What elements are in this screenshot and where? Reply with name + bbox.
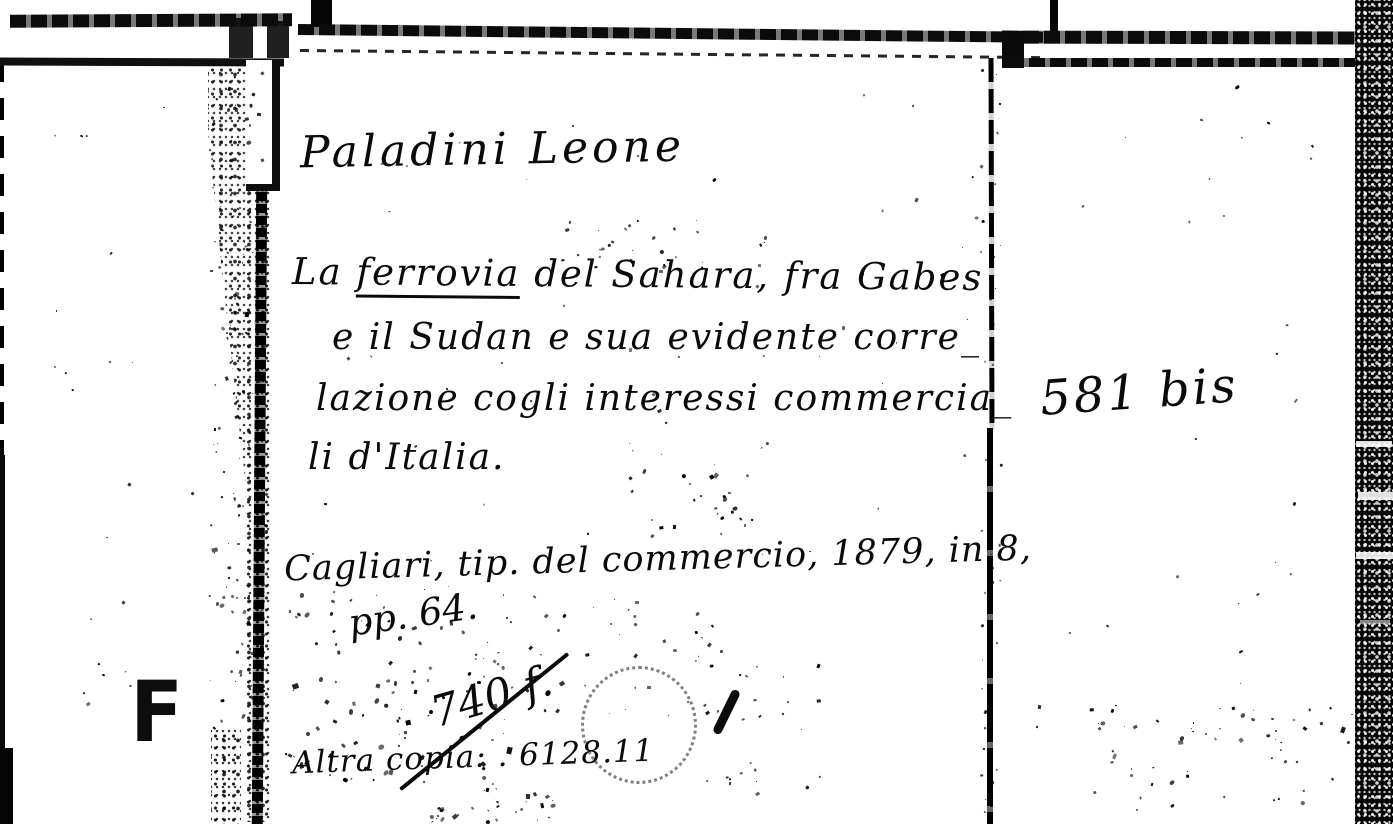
left-page-edge-lower bbox=[0, 455, 5, 755]
title-line1-post: del Sahara, fra Gabes bbox=[520, 252, 983, 299]
scanner-border-streak-4 bbox=[1360, 620, 1390, 624]
shelfmark-struck: 740 f. bbox=[426, 660, 557, 735]
scanner-border-right bbox=[1355, 0, 1393, 824]
scanner-border-streak-3 bbox=[1356, 552, 1393, 559]
imprint-line-1: Cagliari, tip. del commercio, 1879, in 8… bbox=[284, 532, 1033, 588]
title-word-underlined: ferrovia bbox=[356, 251, 520, 299]
left-page-edge-upper bbox=[0, 60, 4, 460]
top-left-corner-blob-a bbox=[229, 18, 253, 58]
scanned-catalog-card-page: Paladini Leone La ferrovia del Sahara, f… bbox=[0, 0, 1393, 824]
top-left-corner-blob-b bbox=[267, 21, 289, 58]
title-line-2: e il Sudan e sua evidente corre_ bbox=[332, 320, 981, 356]
title-line-4: li d'Italia. bbox=[308, 440, 506, 476]
imprint-line-2: pp. 64. bbox=[346, 587, 480, 642]
author-heading: Paladini Leone bbox=[300, 125, 686, 176]
left-page-edge-bottom-block bbox=[0, 748, 13, 824]
author-heading-text: Paladini Leone bbox=[300, 121, 686, 179]
scanner-border-streak-2 bbox=[1358, 492, 1393, 500]
title-line1-pre: La bbox=[292, 250, 357, 294]
card-top-edge-dotted-line bbox=[300, 49, 1042, 59]
gutter-bottom-band bbox=[211, 730, 241, 824]
stamp-circle bbox=[581, 666, 697, 784]
title-line-3: lazione cogli interessi commercia_ bbox=[316, 381, 1013, 417]
title-line-1: La ferrovia del Sahara, fra Gabes bbox=[292, 253, 984, 296]
card-right-edge-lower bbox=[987, 428, 993, 824]
sort-letter-f: F bbox=[130, 670, 183, 754]
top-black-tab bbox=[311, 0, 332, 27]
card-right-edge-upper bbox=[989, 58, 995, 430]
side-shelf-number: 581 bis bbox=[1039, 361, 1240, 423]
ink-comma-mark bbox=[712, 688, 741, 735]
right-card-top-band-upper bbox=[1002, 31, 1355, 45]
scanner-border-streak-1 bbox=[1356, 441, 1392, 447]
gutter-corner-bracket bbox=[246, 60, 280, 191]
right-card-top-band-lower bbox=[1008, 58, 1356, 67]
card-top-edge-band bbox=[298, 24, 1043, 43]
